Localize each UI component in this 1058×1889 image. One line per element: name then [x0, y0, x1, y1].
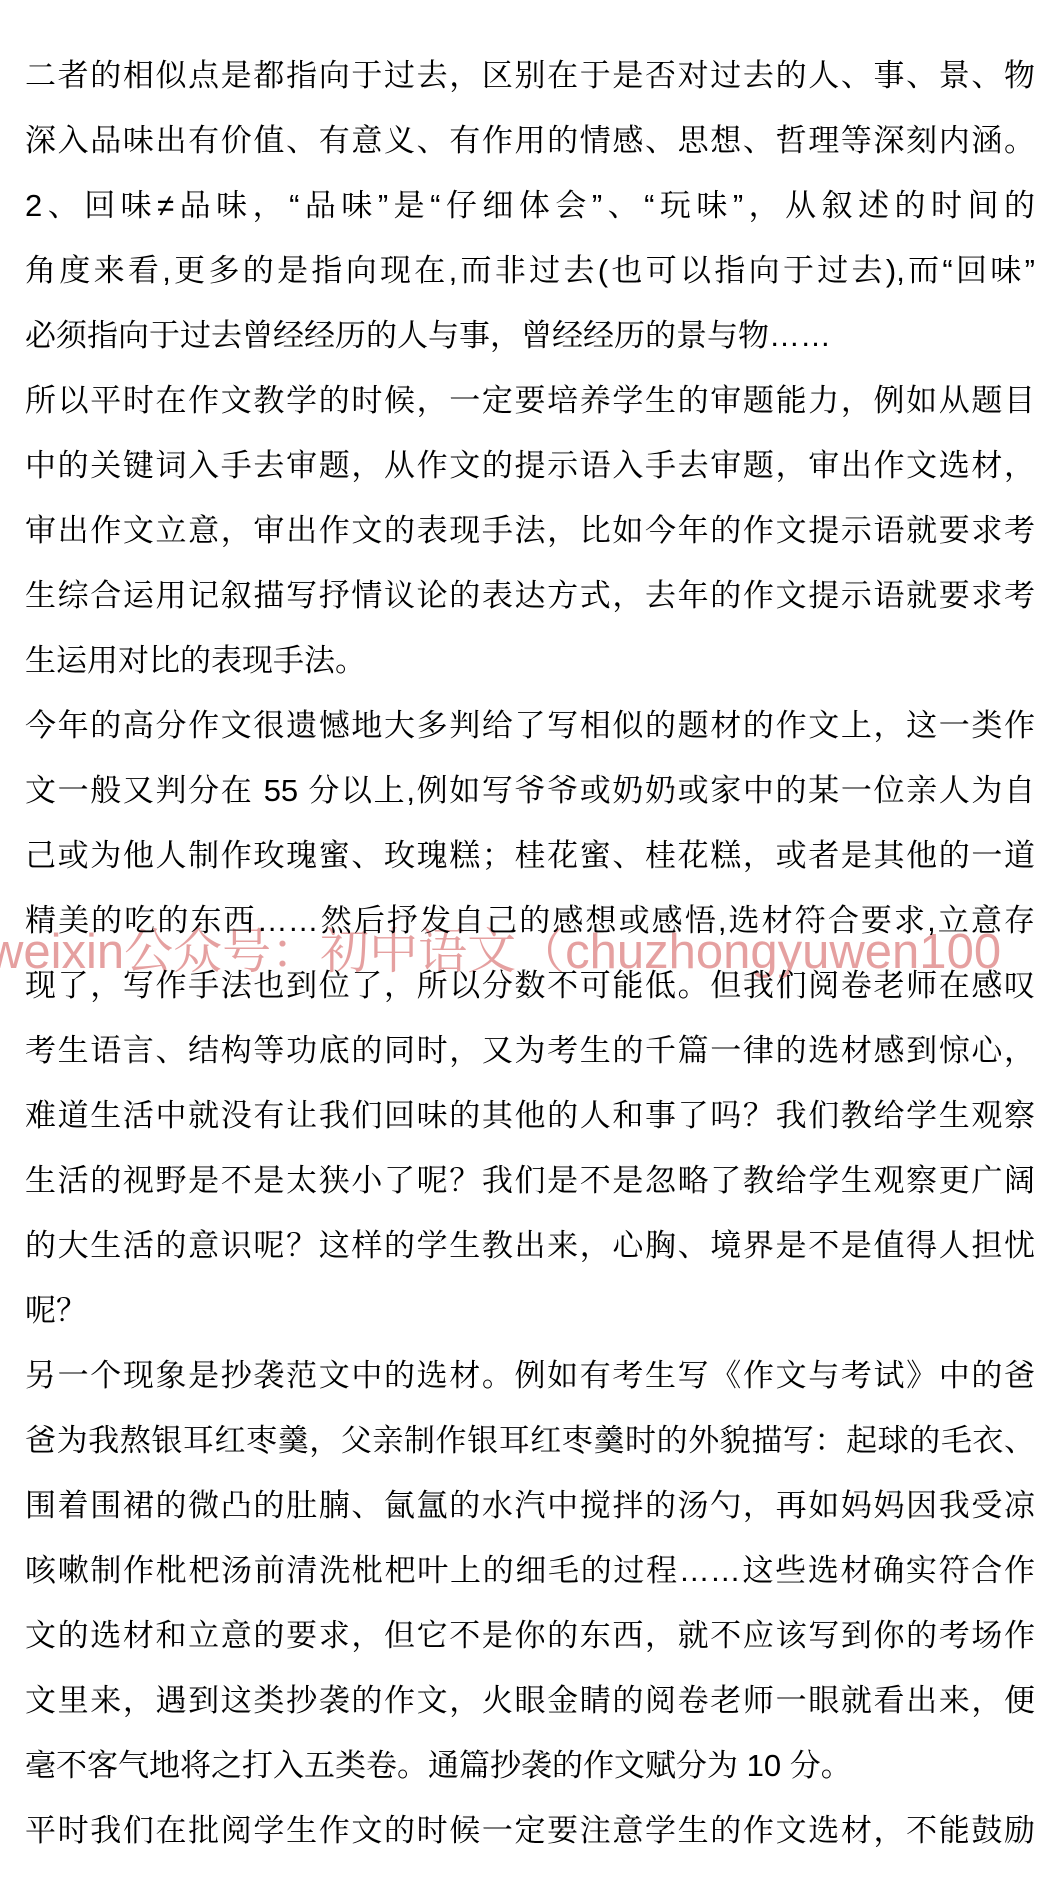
- document-text-line: 另一个现象是抄袭范文中的选材。例如有考生写《作文与考试》中的爸: [25, 1343, 1035, 1408]
- document-text-line: 必须指向于过去曾经经历的人与事，曾经经历的景与物……: [25, 303, 1035, 368]
- document-text-line: 生运用对比的表现手法。: [25, 628, 1035, 693]
- document-text-line: 咳嗽制作枇杷汤前清洗枇杷叶上的细毛的过程……这些选材确实符合作: [25, 1538, 1035, 1603]
- document-text-line: 的大生活的意识呢？这样的学生教出来，心胸、境界是不是值得人担忧: [25, 1213, 1035, 1278]
- document-text-line: 二者的相似点是都指向于过去，区别在于是否对过去的人、事、景、物: [25, 43, 1035, 108]
- document-text-line: 审出作文立意，审出作文的表现手法，比如今年的作文提示语就要求考: [25, 498, 1035, 563]
- document-text-line: 生活的视野是不是太狭小了呢？我们是不是忽略了教给学生观察更广阔: [25, 1148, 1035, 1213]
- document-text-line: 难道生活中就没有让我们回味的其他的人和事了吗？我们教给学生观察: [25, 1083, 1035, 1148]
- document-text-line: 平时我们在批阅学生作文的时候一定要注意学生的作文选材，不能鼓励: [25, 1798, 1035, 1863]
- document-text-line: 呢？: [25, 1278, 1035, 1343]
- document-text-line: 2、回味≠品味，“品味”是“仔细体会”、“玩味”，从叙述的时间的: [25, 173, 1035, 238]
- document-text-line: 毫不客气地将之打入五类卷。通篇抄袭的作文赋分为 10 分。: [25, 1733, 1035, 1798]
- document-text-line: 精美的吃的东西……然后抒发自己的感想或感悟,选材符合要求,立意存: [25, 888, 1035, 953]
- document-text-line: 中的关键词入手去审题，从作文的提示语入手去审题，审出作文选材，: [25, 433, 1035, 498]
- document-text-line: 文里来，遇到这类抄袭的作文，火眼金睛的阅卷老师一眼就看出来，便: [25, 1668, 1035, 1733]
- document-text-line: 己或为他人制作玫瑰蜜、玫瑰糕；桂花蜜、桂花糕，或者是其他的一道: [25, 823, 1035, 888]
- document-text-line: 文一般又判分在 55 分以上,例如写爷爷或奶奶或家中的某一位亲人为自: [25, 758, 1035, 823]
- document-text-line: 角度来看,更多的是指向现在,而非过去(也可以指向于过去),而“回味”: [25, 238, 1035, 303]
- document-text-line: 生综合运用记叙描写抒情议论的表达方式，去年的作文提示语就要求考: [25, 563, 1035, 628]
- document-text-line: 深入品味出有价值、有意义、有作用的情感、思想、哲理等深刻内涵。: [25, 108, 1035, 173]
- document-text-line: 考生语言、结构等功底的同时，又为考生的千篇一律的选材感到惊心，: [25, 1018, 1035, 1083]
- document-text-line: 围着围裙的微凸的肚腩、氤氲的水汽中搅拌的汤勺，再如妈妈因我受凉: [25, 1473, 1035, 1538]
- document-text-line: 爸为我熬银耳红枣羹，父亲制作银耳红枣羹时的外貌描写：起球的毛衣、: [25, 1408, 1035, 1473]
- document-text-line: 所以平时在作文教学的时候，一定要培养学生的审题能力，例如从题目: [25, 368, 1035, 433]
- document-text-line: 现了，写作手法也到位了，所以分数不可能低。但我们阅卷老师在感叹: [25, 953, 1035, 1018]
- document-text-line: 文的选材和立意的要求，但它不是你的东西，就不应该写到你的考场作: [25, 1603, 1035, 1668]
- document-text-line: 今年的高分作文很遗憾地大多判给了写相似的题材的作文上，这一类作: [25, 693, 1035, 758]
- document-body: 二者的相似点是都指向于过去，区别在于是否对过去的人、事、景、物深入品味出有价值、…: [25, 43, 1035, 1863]
